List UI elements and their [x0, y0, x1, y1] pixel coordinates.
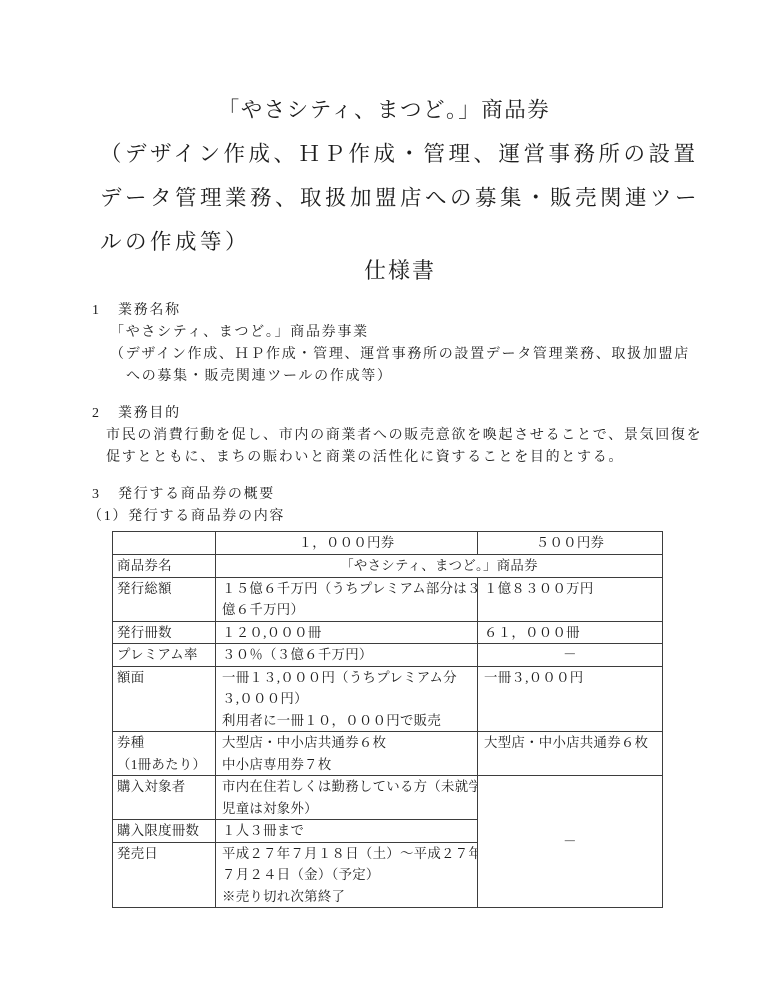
total-issue-1000: １５億６千万円（うちプレミアム部分は３ 億６千万円）: [216, 577, 478, 621]
section-1-line: （デザイン作成、ＨＰ作成・管理、運営事務所の設置データ管理業務、取扱加盟店: [110, 344, 768, 366]
book-count-1000: １２０,０００冊: [216, 621, 478, 644]
denomination-500: 一冊３,０００円: [478, 666, 663, 732]
header-empty-cell: [113, 532, 216, 555]
section-3-subheading: （1）発行する商品券の内容: [88, 506, 768, 528]
section-2-heading: 2業務目的: [92, 403, 768, 425]
section-1-title: 業務名称: [118, 303, 181, 318]
section-2-line: 促すとともに、まちの賑わいと商業の活性化に資することを目的とする。: [106, 447, 768, 469]
ticket-type-1000: 大型店・中小店共通券６枚 中小店専用券７枚: [216, 732, 478, 776]
total-issue-500: １億８３００万円: [478, 577, 663, 621]
table-header-row: １，０００円券 ５００円券: [113, 532, 663, 555]
title-line-2: （デザイン作成、ＨＰ作成・管理、運営事務所の設置: [100, 132, 700, 176]
row-label: 購入対象者: [113, 776, 216, 820]
row-label: 発行冊数: [113, 621, 216, 644]
section-1-line: 「やさシティ、まつど。」商品券事業: [110, 322, 768, 344]
premium-rate-1000: ３０％（３億６千万円）: [216, 644, 478, 667]
title-line-1: 「やさシティ、まつど。」商品券: [100, 88, 668, 132]
section-1-heading: 1業務名称: [92, 300, 768, 322]
row-total-issue: 発行総額 １５億６千万円（うちプレミアム部分は３ 億６千万円） １億８３００万円: [113, 577, 663, 621]
buyer-1000: 市内在住若しくは勤務している方（未就学 児童は対象外）: [216, 776, 478, 820]
premium-rate-500: －: [478, 644, 663, 667]
denomination-1000: 一冊１３,０００円（うちプレミアム分 ３,０００円） 利用者に一冊１０，０００円…: [216, 666, 478, 732]
section-2-title: 業務目的: [118, 406, 181, 421]
row-label: 額面: [113, 666, 216, 732]
row-label: 発売日: [113, 842, 216, 908]
section-2-number: 2: [92, 403, 118, 425]
book-count-500: ６１，０００冊: [478, 621, 663, 644]
document-page: 「やさシティ、まつど。」商品券 （デザイン作成、ＨＰ作成・管理、運営事務所の設置…: [0, 0, 768, 994]
title-line-3: データ管理業務、取扱加盟店への募集・販売関連ツー: [100, 176, 700, 220]
section-3-title: 発行する商品券の概要: [118, 487, 275, 502]
row-label: 発行総額: [113, 577, 216, 621]
row-voucher-name: 商品券名 「やさシティ、まつど。」商品券: [113, 555, 663, 578]
section-2: 2業務目的 市民の消費行動を促し、市内の商業者への販売意欲を喚起させることで、景…: [0, 403, 768, 469]
row-label: 商品券名: [113, 555, 216, 578]
document-title: 「やさシティ、まつど。」商品券 （デザイン作成、ＨＰ作成・管理、運営事務所の設置…: [100, 88, 700, 264]
buyer-limit-saledate-500-merged: －: [478, 776, 663, 908]
section-3: 3発行する商品券の概要 （1）発行する商品券の内容: [0, 484, 768, 528]
voucher-name-value: 「やさシティ、まつど。」商品券: [216, 555, 663, 578]
document-body: 1業務名称 「やさシティ、まつど。」商品券事業 （デザイン作成、ＨＰ作成・管理、…: [0, 300, 768, 908]
row-book-count: 発行冊数 １２０,０００冊 ６１，０００冊: [113, 621, 663, 644]
row-ticket-type: 券種 （1冊あたり） 大型店・中小店共通券６枚 中小店専用券７枚 大型店・中小店…: [113, 732, 663, 776]
header-500yen: ５００円券: [478, 532, 663, 555]
sale-date-1000: 平成２７年７月１８日（土）～平成２７年 ７月２４日（金）（予定） ※売り切れ次第…: [216, 842, 478, 908]
row-denomination: 額面 一冊１３,０００円（うちプレミアム分 ３,０００円） 利用者に一冊１０，０…: [113, 666, 663, 732]
ticket-type-500: 大型店・中小店共通券６枚: [478, 732, 663, 776]
section-1-number: 1: [92, 300, 118, 322]
section-3-number: 3: [92, 484, 118, 506]
row-buyer: 購入対象者 市内在住若しくは勤務している方（未就学 児童は対象外） －: [113, 776, 663, 820]
row-premium-rate: プレミアム率 ３０％（３億６千万円） －: [113, 644, 663, 667]
section-3-heading: 3発行する商品券の概要: [92, 484, 768, 506]
section-1-line: への募集・販売関連ツールの作成等）: [126, 366, 768, 388]
section-2-line: 市民の消費行動を促し、市内の商業者への販売意欲を喚起させることで、景気回復を: [106, 425, 768, 447]
row-label: 購入限度冊数: [113, 820, 216, 843]
section-1: 1業務名称 「やさシティ、まつど。」商品券事業 （デザイン作成、ＨＰ作成・管理、…: [0, 300, 768, 388]
voucher-spec-table: １，０００円券 ５００円券 商品券名 「やさシティ、まつど。」商品券 発行総額 …: [112, 531, 663, 908]
header-1000yen: １，０００円券: [216, 532, 478, 555]
purchase-limit-1000: １人３冊まで: [216, 820, 478, 843]
row-label: 券種 （1冊あたり）: [113, 732, 216, 776]
row-label: プレミアム率: [113, 644, 216, 667]
